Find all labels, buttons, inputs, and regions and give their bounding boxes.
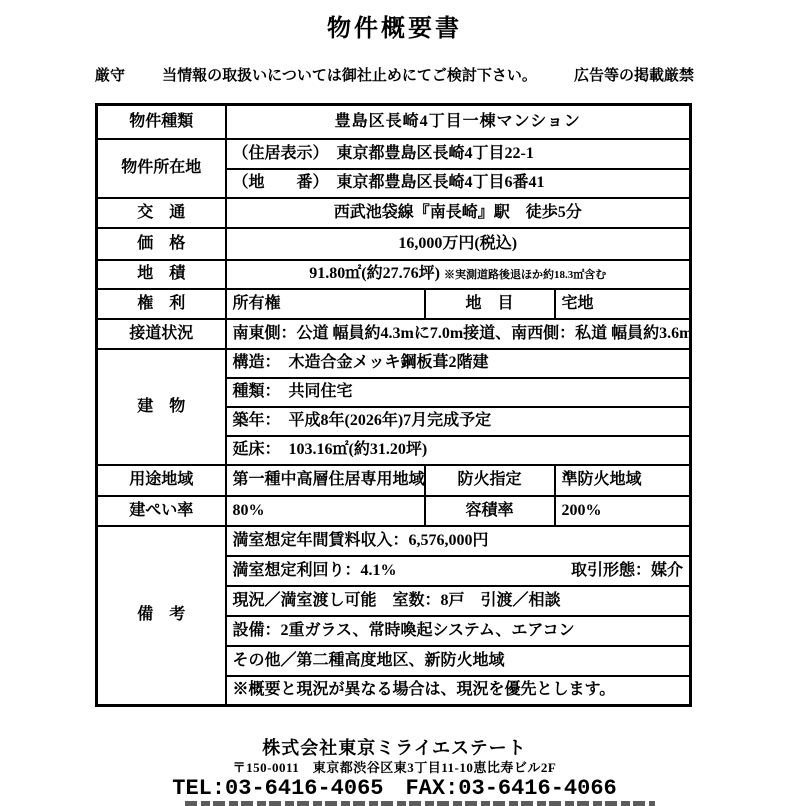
company-address: 〒150-0011 東京都渋谷区東3丁目11-10恵比寿ビル2F <box>0 759 789 776</box>
remarks-disclaimer: ※概要と現況が異なる場合は、現況を優先とします。 <box>226 676 691 706</box>
remarks-yield-cell: 満室想定利回り：4.1% 取引形態：媒介 <box>226 556 691 586</box>
address-lot-number: （地 番） 東京都豊島区長崎4丁目6番41 <box>226 169 691 198</box>
access-value: 西武池袋線『南長崎』駅 徒歩5分 <box>226 198 691 228</box>
rights-label: 権 利 <box>97 289 226 319</box>
remarks-yield: 満室想定利回り：4.1% <box>233 561 397 581</box>
remarks-equipment: 設備：2重ガラス、常時喚起システム、エアコン <box>226 616 691 646</box>
price-value: 16,000万円(税込) <box>226 228 691 260</box>
building-kind: 種類： 共同住宅 <box>226 378 691 407</box>
notice-handling-text: 当情報の取扱いについては御社止めにてご検討下さい。 <box>162 67 537 86</box>
remarks-label: 備 考 <box>97 526 226 706</box>
address-label: 物件所在地 <box>97 139 226 198</box>
row-building-structure: 建 物 構造： 木造合金メッキ鋼板葺2階建 <box>97 349 691 378</box>
fire-designation-label: 防火指定 <box>425 465 555 496</box>
fire-designation-value: 準防火地域 <box>555 465 691 496</box>
land-category-label: 地 目 <box>425 289 555 319</box>
row-rights: 権 利 所有権 地 目 宅地 <box>97 289 691 319</box>
zoning-value: 第一種中高層住居専用地域 <box>226 465 425 496</box>
access-label: 交 通 <box>97 198 226 228</box>
row-access: 交 通 西武池袋線『南長崎』駅 徒歩5分 <box>97 198 691 228</box>
row-zoning: 用途地域 第一種中高層住居専用地域 防火指定 準防火地域 <box>97 465 691 496</box>
row-property-type: 物件種類 豊島区長崎4丁目一棟マンション <box>97 105 691 139</box>
clipped-text-fragment <box>185 801 655 806</box>
row-land-area: 地 積 91.80㎡(約27.76坪)※実測道路後退ほか約18.3㎡含む <box>97 260 691 289</box>
footer: 株式会社東京ミライエステート 〒150-0011 東京都渋谷区東3丁目11-10… <box>0 737 789 802</box>
building-year: 築年： 平成8年(2026年)7月完成予定 <box>226 407 691 436</box>
property-summary-table: 物件種類 豊島区長崎4丁目一棟マンション 物件所在地 （住居表示） 東京都豊島区… <box>95 103 692 707</box>
row-address-1: 物件所在地 （住居表示） 東京都豊島区長崎4丁目22-1 <box>97 139 691 169</box>
row-coverage-ratio: 建ぺい率 80% 容積率 200% <box>97 496 691 526</box>
row-road-contact: 接道状況 南東側：公道 幅員約4.3mに7.0m接道、南西側：私道 幅員約3.6… <box>97 319 691 349</box>
coverage-ratio-label: 建ぺい率 <box>97 496 226 526</box>
building-label: 建 物 <box>97 349 226 465</box>
property-type-value: 豊島区長崎4丁目一棟マンション <box>226 105 691 139</box>
rights-value: 所有権 <box>226 289 425 319</box>
road-contact-value: 南東側：公道 幅員約4.3mに7.0m接道、南西側：私道 幅員約3.6mに7.0… <box>226 319 691 349</box>
row-price: 価 格 16,000万円(税込) <box>97 228 691 260</box>
page-title: 物件概要書 <box>0 14 789 44</box>
land-category-value: 宅地 <box>555 289 691 319</box>
notice-strict-label: 厳守 <box>95 67 125 86</box>
row-remarks-income: 備 考 満室想定年間賃料収入：6,576,000円 <box>97 526 691 556</box>
confidential-notice: 厳守 当情報の取扱いについては御社止めにてご検討下さい。 広告等の掲載厳禁 <box>95 67 694 86</box>
floor-area-ratio-label: 容積率 <box>425 496 555 526</box>
coverage-ratio-value: 80% <box>226 496 425 526</box>
land-area-main: 91.80㎡(約27.76坪) <box>309 265 440 282</box>
notice-no-ads-label: 広告等の掲載厳禁 <box>574 67 694 86</box>
remarks-status: 現況／満室渡し可能 室数：8戸 引渡／相談 <box>226 586 691 616</box>
company-tel-fax: TEL:03-6416-4065 FAX:03-6416-4066 <box>0 776 789 802</box>
remarks-other: その他／第二種高度地区、新防火地域 <box>226 646 691 676</box>
land-area-value: 91.80㎡(約27.76坪)※実測道路後退ほか約18.3㎡含む <box>226 260 691 289</box>
zoning-label: 用途地域 <box>97 465 226 496</box>
remarks-income: 満室想定年間賃料収入：6,576,000円 <box>226 526 691 556</box>
building-floor-area: 延床： 103.16㎡(約31.20坪) <box>226 436 691 465</box>
property-type-label: 物件種類 <box>97 105 226 139</box>
road-contact-label: 接道状況 <box>97 319 226 349</box>
land-area-note: ※実測道路後退ほか約18.3㎡含む <box>444 269 606 281</box>
remarks-deal-type: 取引形態：媒介 <box>571 561 683 581</box>
land-area-label: 地 積 <box>97 260 226 289</box>
address-residential: （住居表示） 東京都豊島区長崎4丁目22-1 <box>226 139 691 169</box>
price-label: 価 格 <box>97 228 226 260</box>
floor-area-ratio-value: 200% <box>555 496 691 526</box>
company-name: 株式会社東京ミライエステート <box>0 737 789 759</box>
building-structure: 構造： 木造合金メッキ鋼板葺2階建 <box>226 349 691 378</box>
